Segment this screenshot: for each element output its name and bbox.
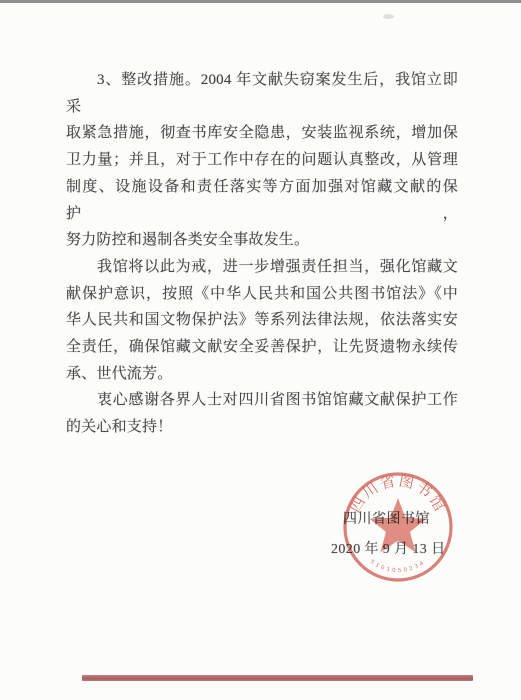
letter-line: 衷心感谢各界人士对四川省图书馆馆藏文献保护工作 (66, 387, 458, 414)
letter-line: 全责任，确保馆藏文献安全妥善保护，让先贤遗物永续传 (66, 334, 458, 361)
letter-line: 制度、设施设备和责任落实等方面加强对馆藏文献的保护， (66, 174, 458, 227)
letter-line: 献保护意识，按照《中华人民共和国公共图书馆法》《中 (66, 281, 458, 308)
star-icon (370, 498, 427, 552)
letter-line: 承、世代流芳。 (66, 361, 458, 388)
letter-line: 我馆将以此为戒，进一步增强责任担当，强化馆藏文 (66, 254, 458, 281)
letter-line: 取紧急措施，彻查书库安全隐患，安装监视系统，增加保 (66, 120, 458, 147)
official-seal: 四川省图书馆 5101050234 (339, 468, 457, 586)
scan-smudge-mark (383, 14, 394, 19)
scan-edge-bottom (82, 675, 473, 681)
seal-code: 5101050234 (369, 559, 427, 574)
scan-edge-top (0, 0, 521, 3)
svg-text:5101050234: 5101050234 (369, 559, 427, 574)
letter-line: 努力防控和遏制各类安全事故发生。 (66, 227, 458, 254)
letter-body: 3、整改措施。2004 年文献失窃案发生后，我馆立即采 取紧急措施，彻查书库安全… (66, 67, 458, 441)
letter-line: 的关心和支持！ (66, 414, 458, 441)
letter-line: 华人民共和国文物保护法》等系列法律法规，依法落实安 (66, 307, 458, 334)
letter-line: 卫力量；并且，对于工作中存在的问题认真整改，从管理 (66, 147, 458, 174)
letter-line: 3、整改措施。2004 年文献失窃案发生后，我馆立即采 (66, 67, 458, 120)
scanned-letter-page: 3、整改措施。2004 年文献失窃案发生后，我馆立即采 取紧急措施，彻查书库安全… (0, 0, 521, 700)
